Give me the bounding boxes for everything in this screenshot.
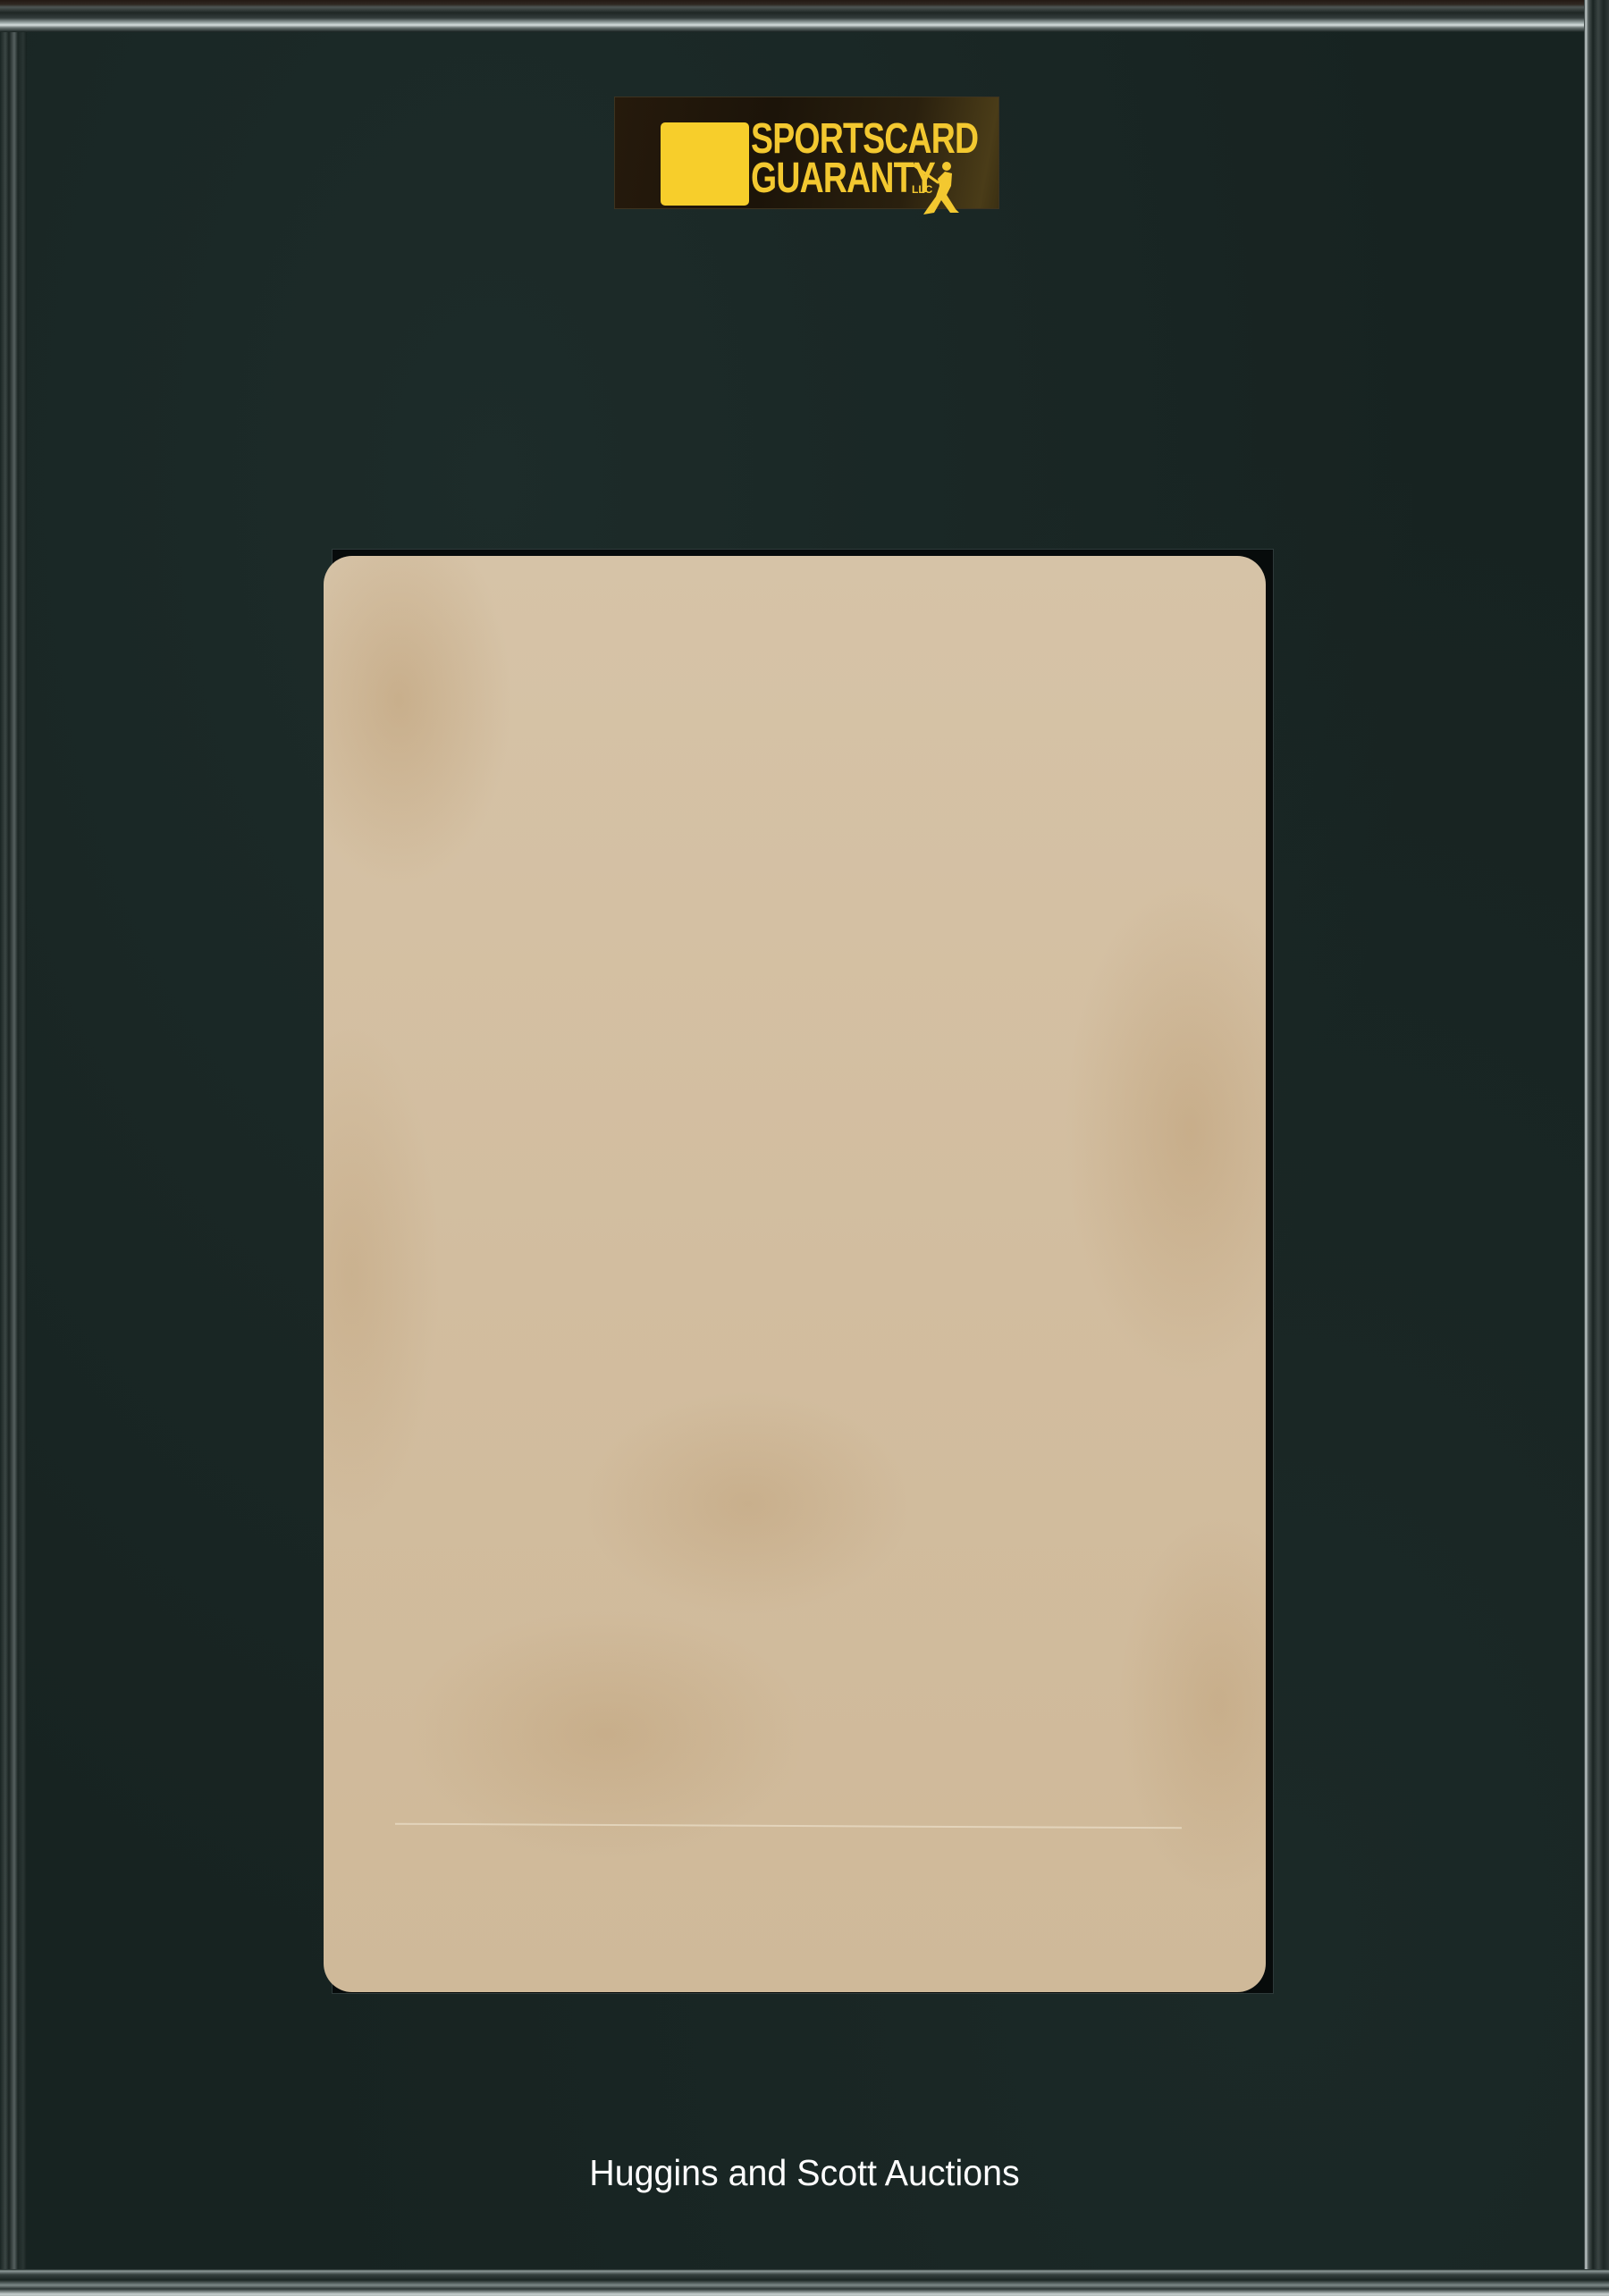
auction-watermark: Huggins and Scott Auctions — [32, 2152, 1577, 2194]
slab-top-edge — [0, 0, 1609, 32]
hologram-square — [661, 122, 749, 206]
card-crease — [395, 1823, 1182, 1829]
batter-silhouette-icon — [911, 159, 961, 217]
slab-right-edge — [1584, 0, 1609, 2296]
slab-bottom-edge — [0, 2269, 1609, 2296]
card-back — [324, 556, 1266, 1992]
grading-slab: SPORTSCARD GUARANTY LLC Huggins and Scot… — [0, 0, 1609, 2296]
sgc-grade-label: SPORTSCARD GUARANTY LLC — [614, 97, 999, 209]
brand-line-1: SPORTSCARD — [751, 120, 978, 159]
